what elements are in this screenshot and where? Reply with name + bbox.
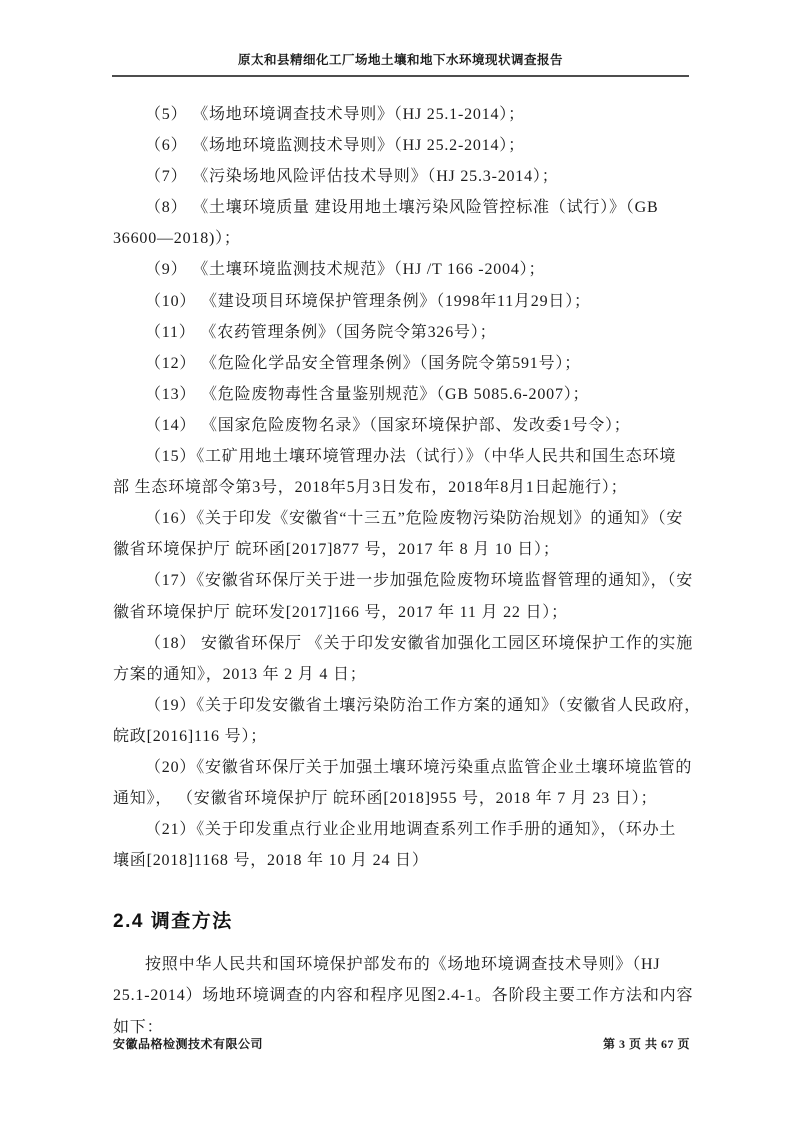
text-line: （12） 《危险化学品安全管理条例》（国务院令第591号）； — [113, 348, 690, 379]
text-line: （6） 《场地环境监测技术导则》（HJ 25.2-2014）； — [113, 130, 690, 161]
text-line: （8） 《土壤环境质量 建设用地土壤污染风险管控标准（试行）》（GB — [113, 192, 690, 223]
text-line: （10） 《建设项目环境保护管理条例》（1998年11月29日）； — [113, 286, 690, 317]
method-paragraph: 按照中华人民共和国环境保护部发布的《场地环境调查技术导则》（HJ25.1-201… — [113, 949, 690, 1042]
text-line: 36600—2018)）； — [113, 223, 690, 254]
header-title: 原太和县精细化工厂场地土壤和地下水环境现状调查报告 — [112, 50, 689, 68]
text-line: 按照中华人民共和国环境保护部发布的《场地环境调查技术导则》（HJ — [113, 949, 690, 980]
text-line: （13） 《危险废物毒性含量鉴别规范》（GB 5085.6-2007）； — [113, 379, 690, 410]
text-line: （16）《关于印发《安徽省“十三五”危险废物污染防治规划》的通知》（安 — [113, 503, 690, 534]
text-line: （21）《关于印发重点行业企业用地调查系列工作手册的通知》，（环办土 — [113, 814, 690, 845]
section-heading: 2.4 调查方法 — [113, 907, 690, 936]
text-line: 方案的通知》，2013 年 2 月 4 日； — [113, 659, 690, 690]
text-line: （19）《关于印发安徽省土壤污染防治工作方案的通知》（安徽省人民政府， — [113, 690, 690, 721]
text-line: 通知》， （安徽省环境保护厅 皖环函[2018]955 号，2018 年 7 月… — [113, 783, 690, 814]
text-line: 壤函[2018]1168 号，2018 年 10 月 24 日） — [113, 845, 690, 876]
text-line: （5） 《场地环境调查技术导则》（HJ 25.1-2014）； — [113, 99, 690, 130]
footer-page-number: 第 3 页 共 67 页 — [603, 1035, 690, 1052]
text-line: 25.1-2014）场地环境调查的内容和程序见图2.4-1。各阶段主要工作方法和… — [113, 980, 690, 1011]
page-footer: 安徽品格检测技术有限公司 第 3 页 共 67 页 — [113, 1035, 690, 1052]
text-line: （7） 《污染场地风险评估技术导则》（HJ 25.3-2014）； — [113, 161, 690, 192]
reference-list: （5） 《场地环境调查技术导则》（HJ 25.1-2014）；（6） 《场地环境… — [113, 99, 690, 876]
text-line: 皖政[2016]116 号）； — [113, 721, 690, 752]
text-line: （15）《工矿用地土壤环境管理办法（试行）》（中华人民共和国生态环境 — [113, 441, 690, 472]
text-line: 徽省环境保护厅 皖环发[2017]166 号，2017 年 11 月 22 日）… — [113, 597, 690, 628]
footer-company: 安徽品格检测技术有限公司 — [113, 1035, 263, 1052]
text-line: 部 生态环境部令第3号，2018年5月3日发布，2018年8月1日起施行）； — [113, 472, 690, 503]
document-page: 原太和县精细化工厂场地土壤和地下水环境现状调查报告 （5） 《场地环境调查技术导… — [0, 0, 800, 1131]
document-body: （5） 《场地环境调查技术导则》（HJ 25.1-2014）；（6） 《场地环境… — [113, 99, 690, 1043]
text-line: （17）《安徽省环保厅关于进一步加强危险废物环境监督管理的通知》，（安 — [113, 565, 690, 596]
text-line: （20）《安徽省环保厅关于加强土壤环境污染重点监管企业土壤环境监管的 — [113, 752, 690, 783]
page-header: 原太和县精细化工厂场地土壤和地下水环境现状调查报告 — [112, 50, 689, 77]
text-line: （18） 安徽省环保厅 《关于印发安徽省加强化工园区环境保护工作的实施 — [113, 628, 690, 659]
text-line: （9） 《土壤环境监测技术规范》（HJ /T 166 -2004）； — [113, 254, 690, 285]
text-line: （14） 《国家危险废物名录》（国家环境保护部、发改委1号令）； — [113, 410, 690, 441]
text-line: 徽省环境保护厅 皖环函[2017]877 号，2017 年 8 月 10 日）； — [113, 534, 690, 565]
text-line: （11） 《农药管理条例》（国务院令第326号）； — [113, 317, 690, 348]
